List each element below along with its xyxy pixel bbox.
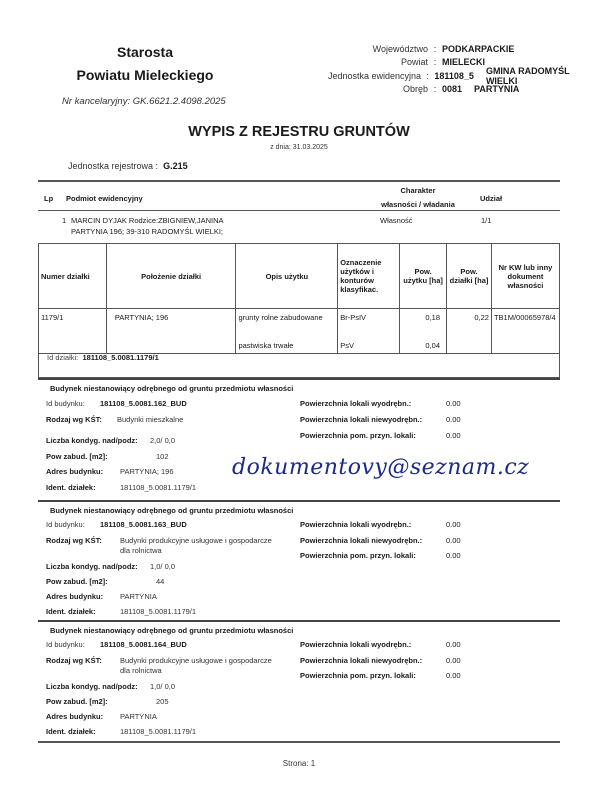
pow-przyn-label: Powierzchnia pom. przyn. lokali: <box>300 431 416 440</box>
building-id-label: Id budynku: <box>46 520 85 529</box>
owners-header: Lp Podmiot ewidencyjny Charakter własnoś… <box>38 184 560 210</box>
building-type-label: Rodzaj wg KŚT: <box>46 415 102 424</box>
divider <box>38 378 560 380</box>
parcel-id-box: Id działki: 181108_5.0081.1179/1 <box>38 350 560 378</box>
area-label: Pow zabud. [m2]: <box>46 697 108 706</box>
cell-numer: 1179/1 <box>39 309 107 337</box>
col-kw: Nr KW lub inny dokument własności <box>491 244 559 309</box>
col-opis: Opis użytku <box>236 244 338 309</box>
pow-przyn-value: 0.00 <box>446 431 461 440</box>
divider <box>38 620 560 622</box>
ident-label: Ident. działek: <box>46 607 96 616</box>
divider <box>38 741 560 743</box>
divider <box>38 210 560 211</box>
ident-value: 181108_5.0081.1179/1 <box>120 483 196 492</box>
building-section: Budynek niestanowiący odrębnego od grunt… <box>38 620 560 738</box>
building-type: Budynki mieszkalne <box>117 415 183 424</box>
pow-przyn-label: Powierzchnia pom. przyn. lokali: <box>300 551 416 560</box>
parcels-header-row: Numer działki Położenie działki Opis uży… <box>39 244 560 309</box>
building-section: Budynek niestanowiący odrębnego od grunt… <box>38 500 560 618</box>
parcels-table: Numer działki Położenie działki Opis uży… <box>38 243 560 354</box>
owner-charakter: Własność <box>380 216 413 225</box>
location-value-name: PARTYNIA <box>474 84 519 94</box>
header-charakter-sub: własności / władania <box>368 200 468 209</box>
col-pow-dzialki: Pow. działki [ha] <box>447 244 492 309</box>
pow-wyodr-value: 0.00 <box>446 520 461 529</box>
building-type-label: Rodzaj wg KŚT: <box>46 536 102 545</box>
ident-value: 181108_5.0081.1179/1 <box>120 727 196 736</box>
location-block: Województwo: PODKARPACKIE Powiat: MIELEC… <box>278 42 598 96</box>
pow-wyodr-label: Powierzchnia lokali wyodrębn.: <box>300 399 411 408</box>
pow-przyn-label: Powierzchnia pom. przyn. lokali: <box>300 671 416 680</box>
pow-niewyodr-label: Powierzchnia lokali niewyodrębn.: <box>300 415 422 424</box>
address-label: Adres budynku: <box>46 592 103 601</box>
owner-name: MARCIN DYJAK Rodzice:ZBIGNIEW,JANINA <box>71 216 224 225</box>
pow-przyn-value: 0.00 <box>446 671 461 680</box>
cell-pow-dzialki: 0,22 <box>447 309 492 337</box>
divider <box>38 180 560 182</box>
parcel-id-label: Id działki: <box>47 353 78 362</box>
cell-pow-uzytku: 0,18 <box>400 309 447 337</box>
building-type: Budynki produkcyjne usługowe i gospodarc… <box>120 536 272 545</box>
address-value: PARTYNIA; 196 <box>120 467 174 476</box>
address-value: PARTYNIA <box>120 592 157 601</box>
location-label: Województwo <box>278 44 428 54</box>
location-label: Jednostka ewidencyjna <box>278 71 421 81</box>
pow-niewyodr-value: 0.00 <box>446 656 461 665</box>
pow-wyodr-label: Powierzchnia lokali wyodrębn.: <box>300 640 411 649</box>
pow-niewyodr-label: Powierzchnia lokali niewyodrębn.: <box>300 656 422 665</box>
registry-unit: Jednostka rejestrowa : G.215 <box>68 161 188 171</box>
pow-wyodr-label: Powierzchnia lokali wyodrębn.: <box>300 520 411 529</box>
cell-oznaczenie: Br-PsIV <box>338 309 400 337</box>
address-value: PARTYNIA <box>120 712 157 721</box>
floors-label: Liczba kondyg. nad/podz: <box>46 682 138 691</box>
building-type: Budynki produkcyjne usługowe i gospodarc… <box>120 656 272 665</box>
building-type-cont: dla rolnictwa <box>120 546 162 555</box>
building-type-label: Rodzaj wg KŚT: <box>46 656 102 665</box>
divider <box>38 500 560 502</box>
handwritten-email: dokumentovy@seznam.cz <box>232 455 529 480</box>
col-numer: Numer działki <box>39 244 107 309</box>
pow-wyodr-value: 0.00 <box>446 399 461 408</box>
document-title: WYPIS Z REJESTRU GRUNTÓW <box>0 124 598 140</box>
cell-polozenie: PARTYNIA; 196 <box>106 309 236 337</box>
case-number-value: GK.6621.2.4098.2025 <box>133 96 226 107</box>
pow-niewyodr-label: Powierzchnia lokali niewyodrębn.: <box>300 536 422 545</box>
building-id-label: Id budynku: <box>46 399 85 408</box>
building-title: Budynek niestanowiący odrębnego od grunt… <box>50 506 560 515</box>
case-number-label: Nr kancelaryjny: <box>62 96 130 107</box>
address-label: Adres budynku: <box>46 467 103 476</box>
floors-value: 1,0/ 0,0 <box>150 682 175 691</box>
pow-niewyodr-value: 0.00 <box>446 415 461 424</box>
location-value: PODKARPACKIE <box>442 44 514 54</box>
pow-niewyodr-value: 0.00 <box>446 536 461 545</box>
building-section: Budynek niestanowiący odrębnego od grunt… <box>38 378 560 498</box>
location-row: Województwo: PODKARPACKIE <box>278 42 598 56</box>
registry-unit-value: G.215 <box>163 161 188 171</box>
col-oznaczenie: Oznaczenie użytków i konturów klasyfikac… <box>338 244 400 309</box>
office-name-line2: Powiatu Mieleckiego <box>0 67 290 83</box>
ident-label: Ident. działek: <box>46 727 96 736</box>
location-row: Jednostka ewidencyjna: 181108_5 GMINA RA… <box>278 69 598 83</box>
owner-lp: 1 <box>62 216 66 225</box>
office-name-line1: Starosta <box>0 44 290 60</box>
header-lp: Lp <box>44 194 53 203</box>
ident-label: Ident. działek: <box>46 483 96 492</box>
building-title: Budynek niestanowiący odrębnego od grunt… <box>50 626 560 635</box>
building-type-cont: dla rolnictwa <box>120 666 162 675</box>
document-date: z dnia: 31.03.2025 <box>0 144 598 151</box>
location-value-name: GMINA RADOMYŚL WIELKI <box>486 66 598 86</box>
area-value: 102 <box>156 452 169 461</box>
location-value: 181108_5 <box>434 71 474 81</box>
table-row: 1179/1 PARTYNIA; 196 grunty rolne zabudo… <box>39 309 560 337</box>
building-id: 181108_5.0081.164_BUD <box>100 640 187 649</box>
cell-kw: TB1M/00065978/4 <box>491 309 559 337</box>
area-label: Pow zabud. [m2]: <box>46 452 108 461</box>
parcel-id-value: 181108_5.0081.1179/1 <box>82 353 158 362</box>
owner-address: PARTYNIA 196; 39-310 RADOMYŚL WIELKI; <box>71 227 223 236</box>
area-value: 205 <box>156 697 169 706</box>
building-id: 181108_5.0081.163_BUD <box>100 520 187 529</box>
building-id-label: Id budynku: <box>46 640 85 649</box>
header-charakter: Charakter <box>368 186 468 195</box>
floors-label: Liczba kondyg. nad/podz: <box>46 436 138 445</box>
building-title: Budynek niestanowiący odrębnego od grunt… <box>50 384 560 393</box>
header-podmiot: Podmiot ewidencyjny <box>66 194 143 203</box>
pow-wyodr-value: 0.00 <box>446 640 461 649</box>
location-value: MIELECKI <box>442 57 485 67</box>
building-id: 181108_5.0081.162_BUD <box>100 399 187 408</box>
location-value: 0081 <box>442 84 462 94</box>
page-number: Strona: 1 <box>0 759 598 768</box>
floors-value: 2,0/ 0,0 <box>150 436 175 445</box>
area-label: Pow zabud. [m2]: <box>46 577 108 586</box>
owner-udzial: 1/1 <box>481 216 491 225</box>
floors-value: 1,0/ 0,0 <box>150 562 175 571</box>
ident-value: 181108_5.0081.1179/1 <box>120 607 196 616</box>
address-label: Adres budynku: <box>46 712 103 721</box>
location-label: Obręb <box>278 84 428 94</box>
col-pow-uzytku: Pow. użytku [ha] <box>400 244 447 309</box>
area-value: 44 <box>156 577 164 586</box>
pow-przyn-value: 0.00 <box>446 551 461 560</box>
header-udzial: Udział <box>480 194 502 203</box>
location-label: Powiat <box>278 57 428 67</box>
case-number: Nr kancelaryjny: GK.6621.2.4098.2025 <box>62 96 226 107</box>
cell-opis: grunty rolne zabudowane <box>236 309 338 337</box>
floors-label: Liczba kondyg. nad/podz: <box>46 562 138 571</box>
col-polozenie: Położenie działki <box>106 244 236 309</box>
registry-unit-label: Jednostka rejestrowa <box>68 161 153 171</box>
